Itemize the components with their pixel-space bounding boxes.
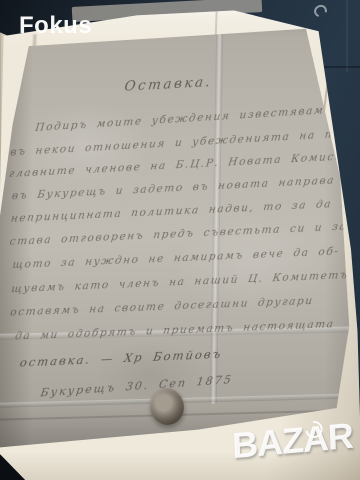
letter-title: Оставка. [123, 74, 213, 95]
fokus-watermark-text: Fokus [19, 12, 92, 39]
handwritten-letter: Оставка. Подиръ моите убеждения известяв… [0, 0, 360, 480]
handwritten-line: да ми одобрятъ и приематъ настоящата [14, 318, 335, 342]
handwritten-line: въ Букурещъ и задето въ новата направа [11, 174, 336, 202]
handwritten-line: оставямъ на своите досегашни другари [10, 295, 315, 319]
letter-signature-line: оставка. — Хр Ботйовъ [19, 347, 224, 370]
handwritten-line: щото за нуждно не намирамъ вече да об- [12, 245, 341, 271]
screenshot-root: Оставка. Подиръ моите убеждения известяв… [0, 0, 360, 480]
tile-seam-horizontal [322, 66, 360, 68]
tile-seam-vertical [346, 0, 348, 72]
letter-dateline: Букурещъ 30. Сеп 1875 [40, 373, 234, 399]
handwritten-line: става отговоренъ предъ съвестьта си и за [9, 220, 348, 247]
handwritten-line: щувамъ като членъ на наший Ц. Комитетъ, [11, 269, 355, 295]
letter-photograph: Оставка. Подиръ моите убеждения известяв… [0, 0, 360, 480]
handwritten-line: Подиръ моите убеждения известявамъ [35, 104, 334, 134]
handwritten-line: непринципната политика надви, то за да н… [10, 197, 358, 225]
fokus-watermark: Fokus [19, 12, 92, 40]
